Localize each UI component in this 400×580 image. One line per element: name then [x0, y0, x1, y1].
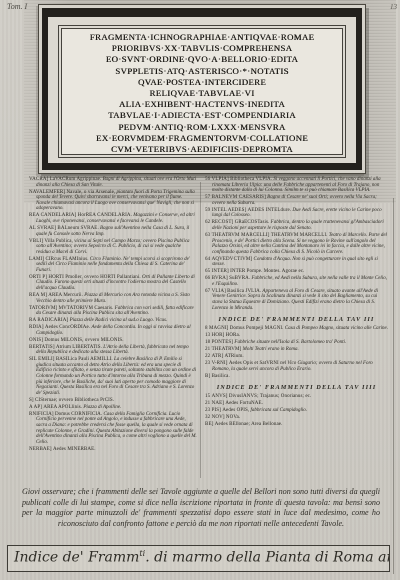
- inscription-line: ALIA·EXHIBENT·HACTENVS·INEDITA: [62, 99, 342, 110]
- index-entry: SIL EMILI] BASILica Pauli AEMILLI. La ce…: [29, 357, 197, 396]
- index-entry: BE] Aedes BEllonae; Area Bellonae.: [205, 422, 388, 428]
- index-entry: TATORIVM] MVTATORIVM Caesaris. Fabbrica …: [29, 306, 197, 317]
- entry-latin: Basilica.: [212, 374, 230, 379]
- plate-edge-line: [393, 198, 394, 574]
- entry-headword: VLIA]: [212, 289, 226, 294]
- entry-description: Piazza delle Radici vicina al sud.o Luog…: [70, 318, 168, 323]
- index-entry: AL SVRAE] BALneum SVRAE. Bagno sull'Aven…: [29, 226, 197, 237]
- entry-description: Molti Teatri erano in Roma.: [243, 347, 299, 352]
- entry-headword: BERTATIS]: [29, 345, 55, 350]
- column-divider-rule: [200, 182, 201, 478]
- entry-headword: NOV]: [212, 415, 225, 420]
- entry-latin: Aedes MINERBAE.: [53, 447, 96, 452]
- entry-latin: Domus Pompeji MAGNI.: [230, 326, 284, 331]
- inscription-tablet: FRAGMENTA·ICHNOGRAPHIAE·ANTIQVAE·ROMAEPR…: [38, 4, 366, 174]
- entry-latin: AREA Mercurii.: [48, 293, 83, 298]
- index-entry: B] Basilica.: [205, 374, 388, 380]
- index-entry: 18 PONTES] Fabbriche situate nell'Isola …: [205, 340, 388, 346]
- entry-latin: Bibliotheca VLPIA.: [230, 177, 272, 182]
- entry-latin: HORTI Pmoller, ovvero HORTI Pallantiani.: [48, 275, 140, 280]
- inscription-line: CVM·VETERIBVS·AEDIFICIIS·DEPROMTA: [62, 144, 342, 155]
- entry-headword: VACRA]: [29, 177, 48, 182]
- index-entry: REA CANDELARIA] HorREA CANDELARIA. Magaz…: [29, 213, 197, 224]
- entry-latin: CIRcus FLAMInius.: [45, 257, 88, 262]
- inscription-line: EO·SVNT·ORDINE·QVO·A·BELLORIO·EDITA: [62, 54, 342, 65]
- inscription-line: EX·EORVMDEM·FRAGMENTORVM·COLLATIONE: [62, 133, 342, 144]
- entry-latin: MVTATORIVM Caesaris.: [59, 306, 114, 311]
- index-entry: BERTATIS] Atrium LIBERTATIS. L'Atrio del…: [29, 345, 197, 356]
- entry-headword: AQVEDVCTIVM]: [212, 257, 253, 262]
- plate-title: Indice de' Frammti. di marmo della Piant…: [8, 546, 389, 566]
- entry-latin: Aedes FortuNAE.: [225, 401, 263, 406]
- entry-description: Casa della Famiglia Cornificia. Lucio Co…: [36, 412, 197, 445]
- entry-headword: ORTI P]: [29, 275, 47, 280]
- volume-note: Tom. I: [7, 2, 27, 11]
- inscription-line: TABVLAE·I·ADIECTA·EST·COMPENDIARIA: [62, 110, 342, 121]
- index-entry: 21 THEATRVM] Molti Teatri erano in Roma.: [205, 347, 388, 353]
- entry-headword: INTEL AEDES]: [212, 208, 247, 213]
- entry-headword: SIL EMILI]: [29, 357, 55, 362]
- entry-headword: LAMI]: [29, 257, 44, 262]
- index-entry: 65 INTER] INTER Pompe. Montes. Agorae ec…: [205, 269, 388, 275]
- entry-headword: VBLI]: [29, 239, 43, 244]
- entry-latin: Aedes OPIS,: [222, 408, 249, 413]
- entry-headword: NAVALEMFER]: [29, 190, 65, 195]
- index-entry: 59 INTEL AEDES] AEDES INTELdure. Due Aed…: [205, 208, 388, 219]
- index-entry: RA RADICARIA] Piazza delle Radici vicina…: [29, 318, 197, 324]
- section-heading-tav4: INDICE DE' FRAMMENTI DELLA TAV IIII: [205, 384, 388, 391]
- inscription-line: SVPPLETIS·ATQ·ASTERISCO·*·NOTATIS: [62, 66, 342, 77]
- title-pre: Indice de' Framm: [14, 550, 139, 566]
- entry-latin: Aedes ConcORDIAe.: [45, 325, 90, 330]
- right-column-entries: 56 VLPIA] Bibliotheca VLPIA. Si veggono …: [205, 177, 388, 311]
- entry-headword: MAGNI]: [209, 326, 229, 331]
- entry-latin: NOVa.: [226, 415, 240, 420]
- index-entry: NAVALEMFER] Navale, o via Arsenale, pian…: [29, 190, 197, 212]
- entry-latin: AEDES INTELdure.: [248, 208, 292, 213]
- index-entry: NERBAE] Aedes MINERBAE.: [29, 447, 197, 453]
- entry-latin: Basilica JVLIA.: [227, 289, 261, 294]
- entry-headword: S]: [29, 398, 34, 403]
- entry-latin: Villa Publica,: [44, 239, 73, 244]
- entry-description: Fabbriche situate nell'Isola di S. Barto…: [234, 340, 346, 345]
- entry-latin: THEATRVM MARCELLI.: [271, 233, 328, 238]
- index-entry: ORTI P] HORTI Pmoller, ovvero HORTI Pall…: [29, 275, 197, 292]
- index-entry: RDIA] Aedes ConcORDIAe. Aede della Conco…: [29, 325, 197, 336]
- entry-headword: NAE]: [212, 401, 225, 406]
- index-entry: 67 VLIA] Basilica JVLIA. Apparteneva al …: [205, 289, 388, 311]
- inscription-line: RELIQVAE·TABVLAE·VI: [62, 88, 342, 99]
- entry-headword: B]: [205, 374, 210, 379]
- entry-latin: CISternae; ovvero Bibliotheca PrCIS.: [35, 398, 114, 403]
- index-entry: ONIS] Domus MILONIS, ovvero MILONIS.: [29, 338, 197, 344]
- entry-headword: RA RADICARIA]: [29, 318, 68, 323]
- entry-headword: ONIS]: [29, 338, 43, 343]
- index-entry: 23 PIS] Aedes OPIS, fabbricata sul Campi…: [205, 408, 388, 414]
- entry-latin: GRaECOSTasis.: [235, 220, 270, 225]
- entry-latin: BASILica Pauli AEMILLI.: [56, 357, 113, 362]
- entry-headword: A AP]: [29, 405, 42, 410]
- inscription-line: PEDVM·ANTIQ·ROM·LXXX·MENSVRA: [62, 122, 342, 133]
- entry-headword: BALNEVM CAESARIS]: [212, 195, 266, 200]
- entry-headword: BE]: [205, 422, 214, 427]
- inscription-line: QVAE·POSTEA·INTERCIDERE: [62, 77, 342, 88]
- inscription-panel: FRAGMENTA·ICHNOGRAPHIAE·ANTIQVAE·ROMAEPR…: [61, 28, 343, 155]
- entry-latin: Domus CORNIFICIA.: [55, 412, 102, 417]
- index-entry: 57 BALNEVM CAESARIS] Bagno di Cesare ne'…: [205, 195, 388, 206]
- right-index-column: 56 VLPIA] Bibliotheca VLPIA. Si veggono …: [205, 177, 388, 429]
- entry-latin: ATRium.: [225, 354, 244, 359]
- index-entry: 21 NAE] Aedes FortuNAE.: [205, 401, 388, 407]
- entry-headword: BVRA]: [212, 276, 228, 281]
- entry-description: Casa di Pompeo Magno, situata vicino all…: [285, 326, 388, 331]
- index-entry: 15 ANVS] DivusIANVS; Trajanus; Onorianus…: [205, 394, 388, 400]
- index-entry: 62 RECOST] GRaECOSTasis. Fabbrica, dentr…: [205, 220, 388, 231]
- entry-latin: LaVACRum Agrippinae.: [50, 177, 102, 182]
- index-entry: 13 HOR] HORa.: [205, 333, 388, 339]
- index-entry: 63 THEATRVM MARCELLI] THEATRVM MARCELLI.…: [205, 233, 388, 255]
- entry-description: Piazza di Apolline.: [83, 405, 121, 410]
- entry-headword: ANVS]: [212, 394, 228, 399]
- entry-headword: REA CANDELARIA]: [29, 213, 76, 218]
- entry-latin: SuBVRA.: [229, 276, 250, 281]
- entry-description: La celebre Basilica di P. Emilio si giud…: [36, 357, 196, 396]
- index-entry: S] CISternae; ovvero Bibliotheca PrCIS.: [29, 398, 197, 404]
- title-main: . di marmo della Pianta di Roma antica: [145, 550, 389, 566]
- entry-headword: RECOST]: [212, 220, 234, 225]
- index-entry: REA M] AREA Mercurii. Piazza di Mercurio…: [29, 293, 197, 304]
- index-entry: 64 AQVEDVCTIVM] Condotto d'Acqua. Non si…: [205, 257, 388, 268]
- entry-headword: HOR]: [212, 333, 225, 338]
- entry-headword: PONTES]: [212, 340, 234, 345]
- inscription-line: FRAGMENTA·ICHNOGRAPHIAE·ANTIQVAE·ROMAE: [62, 32, 342, 43]
- entry-headword: RNIFICIA]: [29, 412, 54, 417]
- entry-headword: INTER]: [212, 269, 229, 274]
- footer-note: Giovi osservare; che i frammenti delle s…: [22, 487, 380, 530]
- plate-title-box: Indice de' Frammti. di marmo della Piant…: [7, 545, 390, 572]
- entry-headword: VLPIA]: [212, 177, 229, 182]
- entry-latin: AREA APOLlinis.: [43, 405, 82, 410]
- entry-latin: HORa.: [226, 333, 241, 338]
- entry-latin: Aedes Opis et SatVRNI: [229, 361, 279, 366]
- entry-description: fabbricata sul Campidoglio.: [251, 408, 308, 413]
- entry-headword: AL SVRAE]: [29, 226, 56, 231]
- index-entry: RNIFICIA] Domus CORNIFICIA. Casa della F…: [29, 412, 197, 446]
- entry-latin: DivusIANVS; Trajanus; Onorianus; ec.: [229, 394, 312, 399]
- entry-latin: Aedes BEllonae; Area Bellonae.: [215, 422, 283, 427]
- index-entry: VBLI] Villa Publica, vicina ai Septi nel…: [29, 239, 197, 256]
- section-heading-tav3: INDICE DE' FRAMMENTI DELLA TAV III: [205, 316, 388, 323]
- index-entry: A AP] AREA APOLlinis. Piazza di Apolline…: [29, 405, 197, 411]
- inscription-line: PRIORIBVS·XX·TABVLIS·COMPREHENSA: [62, 43, 342, 54]
- tav3-entries: 8 MAGNI] Domus Pompeji MAGNI. Casa di Po…: [205, 326, 388, 379]
- entry-headword: PIS]: [212, 408, 222, 413]
- left-index-column: VACRA] LaVACRum Agrippinae. Bagni di Agr…: [29, 177, 197, 454]
- index-entry: 32 NOV] NOVa.: [205, 415, 388, 421]
- index-entry: 23 V-RNI] Aedes Opis et SatVRNI nel Vico…: [205, 361, 388, 372]
- entry-latin: INTER Pompe. Montes. Agorae ec.: [230, 269, 304, 274]
- entry-headword: V-RNI]: [212, 361, 228, 366]
- entry-latin: Atrium LIBERTATIS.: [56, 345, 102, 350]
- entry-latin: HorREA CANDELARIA.: [78, 213, 132, 218]
- index-entry: LAMI] CIRcus FLAMInius. Circo Flaminio. …: [29, 257, 197, 274]
- entry-headword: REA M]: [29, 293, 47, 298]
- index-entry: 22 ATR] ATRium.: [205, 354, 388, 360]
- entry-headword: RDIA]: [29, 325, 44, 330]
- index-entry: 8 MAGNI] Domus Pompeji MAGNI. Casa di Po…: [205, 326, 388, 332]
- engraved-plate-page: Tom. I 13 FRAGMENTA·ICHNOGRAPHIAE·ANTIQV…: [0, 0, 400, 580]
- entry-latin: BALneum SVRAE.: [57, 226, 98, 231]
- tablet-frame: FRAGMENTA·ICHNOGRAPHIAE·ANTIQVAE·ROMAEPR…: [42, 8, 362, 170]
- page-number: 13: [390, 3, 397, 11]
- entry-headword: THEATRVM MARCELLI]: [212, 233, 270, 238]
- index-entry: 56 VLPIA] Bibliotheca VLPIA. Si veggono …: [205, 177, 388, 194]
- entry-latin: Navale, o via Arsenale,: [66, 190, 115, 195]
- index-entry: VACRA] LaVACRum Agrippinae. Bagni di Agr…: [29, 177, 197, 188]
- entry-latin: Domus MILONIS, ovvero MILONIS.: [44, 338, 123, 343]
- index-entry: 66 BVRA] SuBVRA. Fabbriche, ed Aedi nell…: [205, 276, 388, 287]
- entry-headword: NERBAE]: [29, 447, 52, 452]
- entry-headword: ATR]: [212, 354, 224, 359]
- tav4-entries: 15 ANVS] DivusIANVS; Trajanus; Onorianus…: [205, 394, 388, 428]
- entry-headword: TATORIVM]: [29, 306, 57, 311]
- entry-headword: THEATRVM]: [212, 347, 242, 352]
